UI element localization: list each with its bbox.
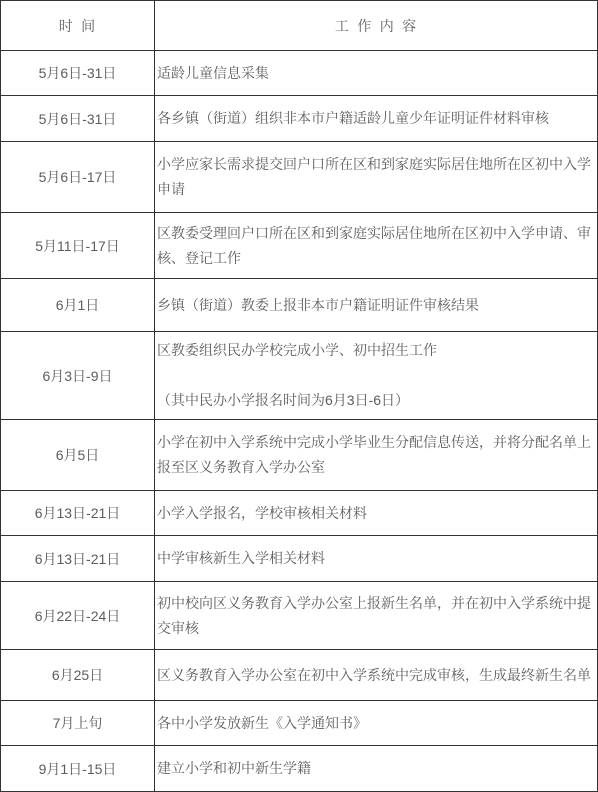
content-cell: 乡镇（街道）教委上报非本市户籍证明证件审核结果 [155, 279, 598, 332]
content-cell: 各中小学发放新生《入学通知书》 [155, 701, 598, 746]
table-row: 6月13日-21日 小学入学报名，学校审核相关材料 [1, 491, 598, 536]
table-row: 5月11日-17日 区教委受理回户口所在区和到家庭实际居住地所在区初中入学申请、… [1, 213, 598, 279]
time-cell: 6月13日-21日 [1, 491, 155, 536]
time-cell: 7月上旬 [1, 701, 155, 746]
content-cell: 小学应家长需求提交回户口所在区和到家庭实际居住地所在区初中入学申请 [155, 142, 598, 213]
table-row: 9月1日-15日 建立小学和初中新生学籍 [1, 746, 598, 792]
content-cell: 小学入学报名，学校审核相关材料 [155, 491, 598, 536]
time-cell: 5月11日-17日 [1, 213, 155, 279]
time-cell: 6月3日-9日 [1, 332, 155, 420]
time-cell: 6月25日 [1, 650, 155, 701]
table-row: 5月6日-31日 适龄儿童信息采集 [1, 51, 598, 96]
table-row: 5月6日-31日 各乡镇（街道）组织非本市户籍适龄儿童少年证明证件材料审核 [1, 96, 598, 142]
table-row: 6月3日-9日 区教委组织民办学校完成小学、初中招生工作 （其中民办小学报名时间… [1, 332, 598, 420]
time-cell: 5月6日-31日 [1, 96, 155, 142]
time-cell: 5月6日-31日 [1, 51, 155, 96]
header-content: 工作内容 [155, 1, 598, 51]
content-cell: 各乡镇（街道）组织非本市户籍适龄儿童少年证明证件材料审核 [155, 96, 598, 142]
table-row: 6月5日 小学在初中入学系统中完成小学毕业生分配信息传送，并将分配名单上报至区义… [1, 420, 598, 491]
content-cell: 小学在初中入学系统中完成小学毕业生分配信息传送，并将分配名单上报至区义务教育入学… [155, 420, 598, 491]
time-cell: 5月6日-17日 [1, 142, 155, 213]
content-cell: 中学审核新生入学相关材料 [155, 536, 598, 582]
header-row: 时间 工作内容 [1, 1, 598, 51]
content-cell: 区教委受理回户口所在区和到家庭实际居住地所在区初中入学申请、审核、登记工作 [155, 213, 598, 279]
content-cell: 区教委组织民办学校完成小学、初中招生工作 （其中民办小学报名时间为6月3日-6日… [155, 332, 598, 420]
schedule-table: 时间 工作内容 5月6日-31日 适龄儿童信息采集 5月6日-31日 各乡镇（街… [0, 0, 598, 792]
table-row: 6月13日-21日 中学审核新生入学相关材料 [1, 536, 598, 582]
time-cell: 6月22日-24日 [1, 582, 155, 650]
table-row: 7月上旬 各中小学发放新生《入学通知书》 [1, 701, 598, 746]
content-cell: 建立小学和初中新生学籍 [155, 746, 598, 792]
schedule-page: 时间 工作内容 5月6日-31日 适龄儿童信息采集 5月6日-31日 各乡镇（街… [0, 0, 598, 788]
time-cell: 9月1日-15日 [1, 746, 155, 792]
table-row: 5月6日-17日 小学应家长需求提交回户口所在区和到家庭实际居住地所在区初中入学… [1, 142, 598, 213]
table-row: 6月25日 区义务教育入学办公室在初中入学系统中完成审核，生成最终新生名单 [1, 650, 598, 701]
time-cell: 6月1日 [1, 279, 155, 332]
table-row: 6月22日-24日 初中校向区义务教育入学办公室上报新生名单，并在初中入学系统中… [1, 582, 598, 650]
content-cell: 区义务教育入学办公室在初中入学系统中完成审核，生成最终新生名单 [155, 650, 598, 701]
content-cell: 初中校向区义务教育入学办公室上报新生名单，并在初中入学系统中提交审核 [155, 582, 598, 650]
time-cell: 6月13日-21日 [1, 536, 155, 582]
content-cell: 适龄儿童信息采集 [155, 51, 598, 96]
table-row: 6月1日 乡镇（街道）教委上报非本市户籍证明证件审核结果 [1, 279, 598, 332]
time-cell: 6月5日 [1, 420, 155, 491]
header-time: 时间 [1, 1, 155, 51]
